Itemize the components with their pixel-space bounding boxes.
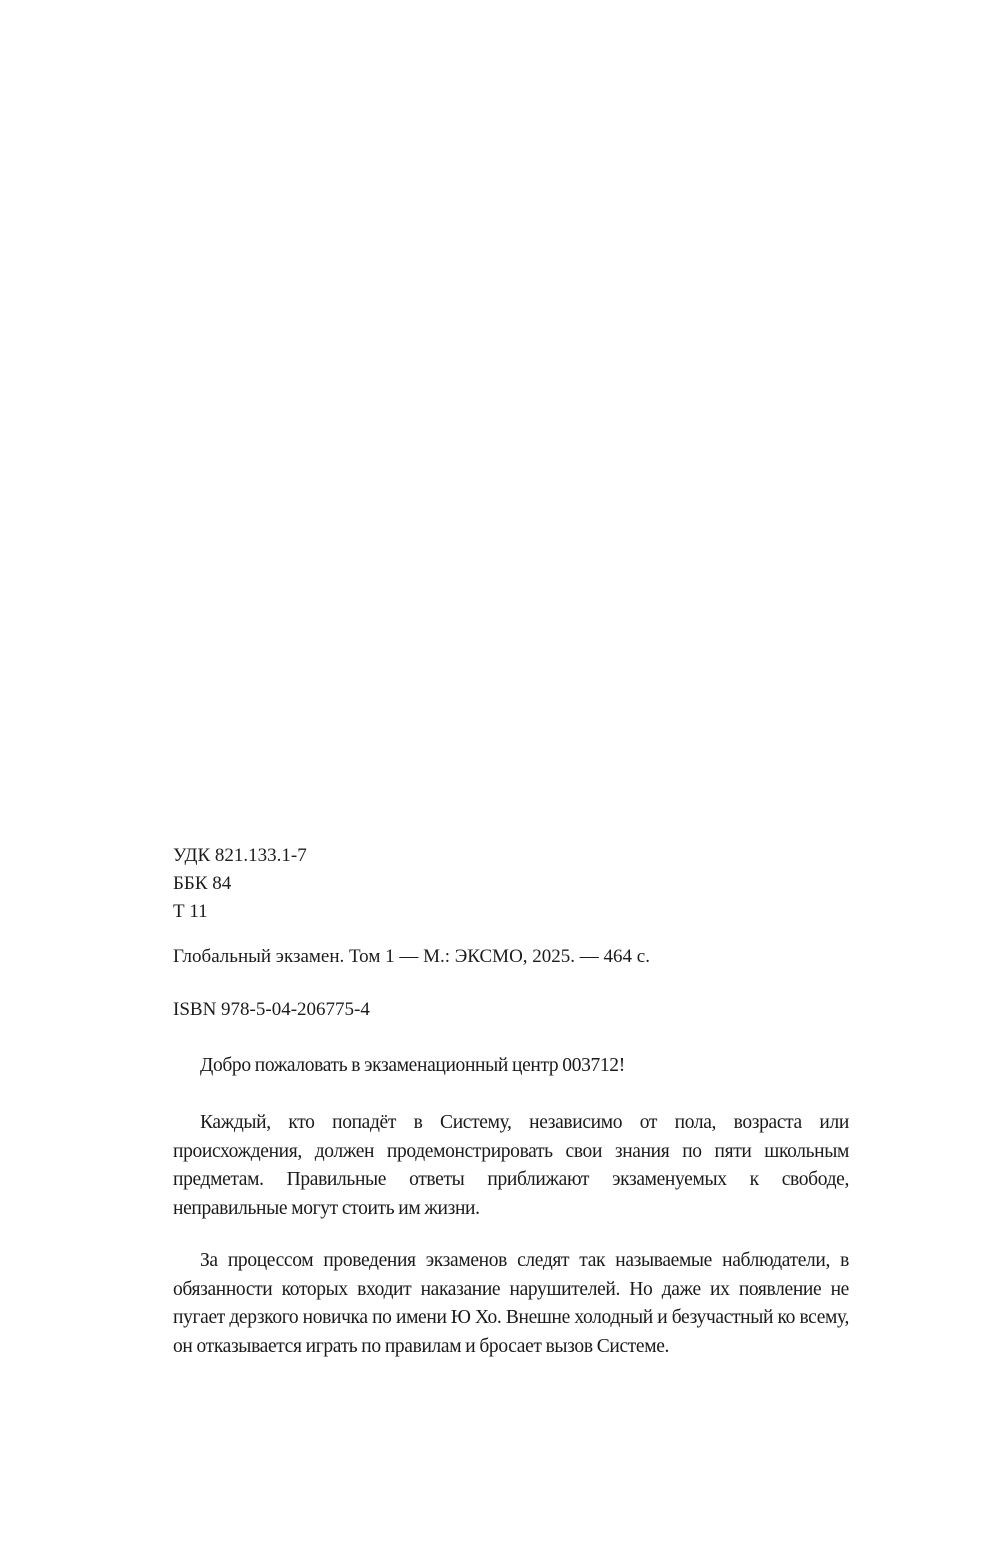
bbk-code: ББК 84 <box>173 870 853 898</box>
isbn: ISBN 978-5-04-206775-4 <box>173 996 370 1024</box>
annotation-text: За процессом проведения экзаменов следят… <box>173 1247 849 1361</box>
catalog-block: УДК 821.133.1-7 ББК 84 Т 11 <box>173 842 853 926</box>
annotation-paragraph-1: Каждый, кто попадёт в Систему, независим… <box>173 1109 849 1223</box>
book-page: УДК 821.133.1-7 ББК 84 Т 11 Глобальный э… <box>0 0 1000 1552</box>
bibliographic-record: Глобальный экзамен. Том 1 — М.: ЭКСМО, 2… <box>173 943 650 971</box>
author-mark: Т 11 <box>173 898 853 926</box>
welcome-line: Добро пожаловать в экзаменационный центр… <box>173 1052 849 1081</box>
annotation-paragraph-2: За процессом проведения экзаменов следят… <box>173 1247 849 1361</box>
annotation-welcome: Добро пожаловать в экзаменационный центр… <box>173 1052 849 1081</box>
annotation-text: Каждый, кто попадёт в Систему, независим… <box>173 1109 849 1223</box>
udk-code: УДК 821.133.1-7 <box>173 842 853 870</box>
